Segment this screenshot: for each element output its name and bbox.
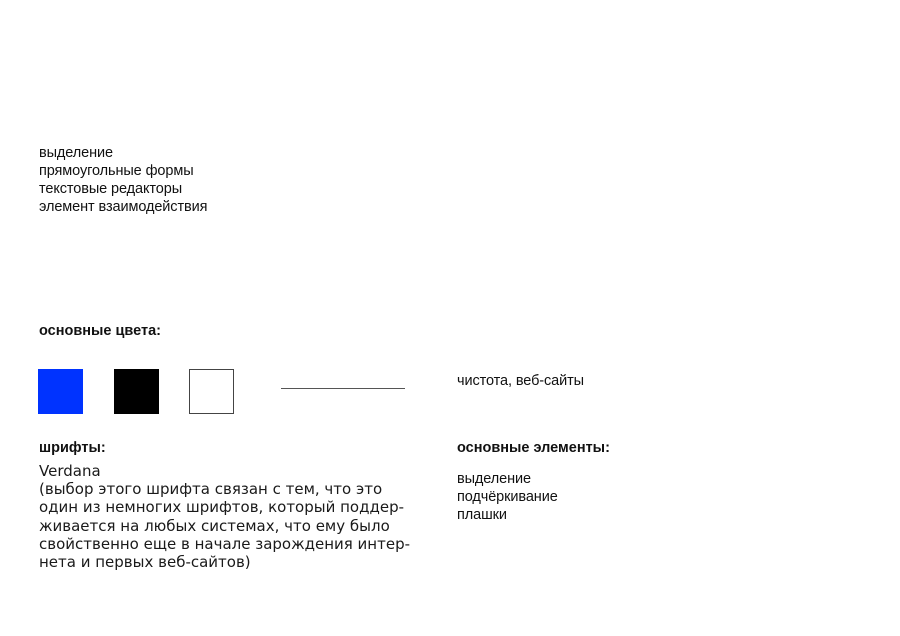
elements-list-item: подчёркивание xyxy=(457,488,558,506)
color-swatch-white xyxy=(189,369,234,414)
intro-list-item: прямоугольные формы xyxy=(39,162,207,180)
font-description-line: (выбор этого шрифта связан с тем, что эт… xyxy=(39,480,419,498)
intro-list: выделение прямоугольные формы текстовые … xyxy=(39,144,207,216)
underline-caption: чистота, веб-сайты xyxy=(457,372,584,390)
font-description-line: один из немногих шрифтов, который поддер… xyxy=(39,498,419,516)
intro-list-item: элемент взаимодействия xyxy=(39,198,207,216)
intro-list-item: выделение xyxy=(39,144,207,162)
elements-list: выделение подчёркивание плашки xyxy=(457,470,558,524)
font-description-line: нета и первых веб-сайтов) xyxy=(39,553,419,571)
font-description-line: живается на любых системах, что ему было xyxy=(39,517,419,535)
color-swatch-blue xyxy=(38,369,83,414)
color-swatch-black xyxy=(114,369,159,414)
underline-sample-line xyxy=(281,388,405,389)
colors-heading: основные цвета: xyxy=(39,322,161,340)
font-description-line: свойственно еще в начале зарождения инте… xyxy=(39,535,419,553)
elements-list-item: выделение xyxy=(457,470,558,488)
font-name: Verdana xyxy=(39,462,419,480)
elements-heading: основные элементы: xyxy=(457,439,610,457)
font-description: Verdana (выбор этого шрифта связан с тем… xyxy=(39,462,419,571)
fonts-heading: шрифты: xyxy=(39,439,106,457)
elements-list-item: плашки xyxy=(457,506,558,524)
intro-list-item: текстовые редакторы xyxy=(39,180,207,198)
